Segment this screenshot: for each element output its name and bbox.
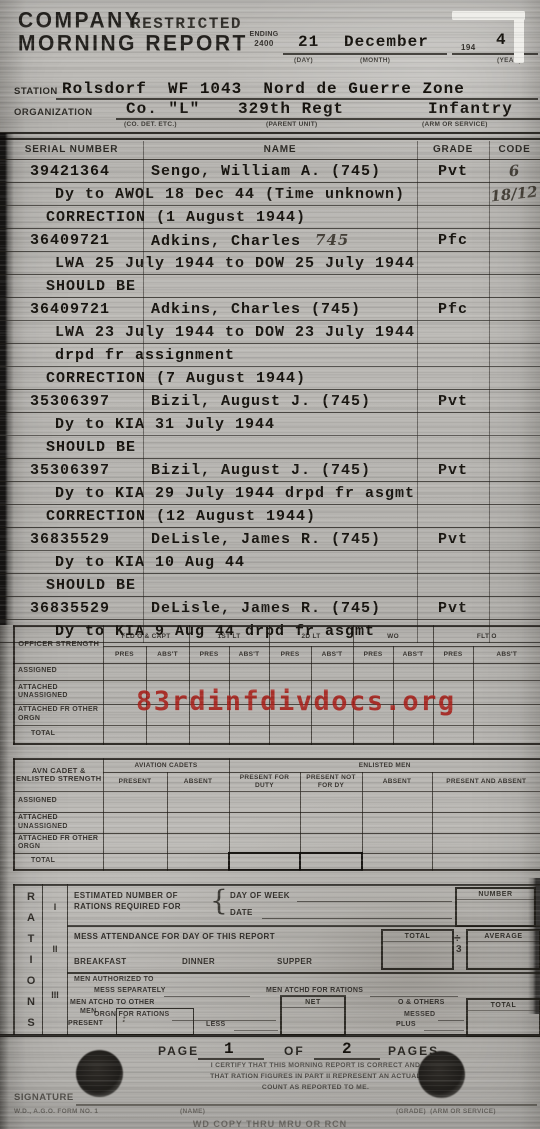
morning-report-scan: COMPANY RESTRICTED MORNING REPORT ENDING… xyxy=(0,0,540,1129)
should-be-label: SHOULD BE xyxy=(46,279,136,294)
pres-header: PRES xyxy=(103,646,146,663)
roster-detail-row: LWA 23 July 1944 to DOW 23 July 1944 xyxy=(0,321,540,344)
strength-cell xyxy=(362,853,432,870)
pres-header: PRES xyxy=(353,646,393,663)
estimated-rations-line1: ESTIMATED NUMBER OF xyxy=(74,891,178,901)
mos-handwritten: 745 xyxy=(315,231,349,249)
organization-label: ORGANIZATION xyxy=(14,107,93,118)
less-line xyxy=(234,1030,278,1031)
correction-label: CORRECTION (12 August 1944) xyxy=(46,509,316,524)
rations-letter: T xyxy=(22,933,40,945)
report-year-digit: 4 xyxy=(496,32,507,48)
routing-text: WD COPY THRU MRU OR RCN xyxy=(0,1119,540,1129)
group-aviation-cadets: AVIATION CADETS xyxy=(103,759,229,772)
roster-detail-row: LWA 25 July 1944 to DOW 25 July 1944 xyxy=(0,252,540,275)
roster-label-row: SHOULD BE xyxy=(0,436,540,459)
strength-cell xyxy=(433,725,473,744)
page-number: 1 xyxy=(224,1041,235,1057)
row-label-attached-fr-other-orgn: ATTACHED FR OTHER ORGN xyxy=(14,833,103,853)
signature-line xyxy=(76,1104,537,1106)
strength-cell xyxy=(229,791,300,812)
serial-number: 36835529 xyxy=(30,601,110,616)
strength-cell xyxy=(433,663,473,680)
mess-separately-label: MESS SEPARATELY xyxy=(94,987,166,995)
plus-line xyxy=(424,1030,464,1031)
strength-cell xyxy=(167,791,229,812)
soldier-name-typed: Adkins, Charles xyxy=(151,233,301,250)
men-authorized-label: MEN AUTHORIZED TO xyxy=(74,976,154,984)
restricted-stamp: RESTRICTED xyxy=(131,15,242,33)
grade-arm-sublabel: (GRADE) (ARM OR SERVICE) xyxy=(396,1108,496,1115)
strength-cell xyxy=(229,725,269,744)
date-underline xyxy=(283,53,447,55)
grade-header: GRADE xyxy=(417,144,489,156)
soldier-name: Bizil, August J. (745) xyxy=(151,463,371,478)
supper-label: SUPPER xyxy=(277,957,312,967)
strength-cell xyxy=(269,663,311,680)
serial-number-header: SERIAL NUMBER xyxy=(0,144,143,156)
header-divider-top xyxy=(0,132,540,134)
pres-header: PRES xyxy=(269,646,311,663)
soldier-name: Adkins, Charles (745) xyxy=(151,302,361,317)
of-label: OF xyxy=(284,1044,305,1058)
total-box-label: TOTAL xyxy=(383,931,452,942)
men-atchd-other-label: MEN ATCHD TO OTHER xyxy=(70,999,155,1007)
rations-letter: O xyxy=(22,975,40,987)
breakfast-label: BREAKFAST xyxy=(74,957,127,967)
strength-cell xyxy=(473,680,540,704)
officer-strength-corner-label: OFFICER STRENGTH xyxy=(14,626,103,663)
header-divider-bottom xyxy=(0,138,540,140)
strength-cell xyxy=(103,812,167,833)
row-label-total: TOTAL xyxy=(14,853,103,870)
name-sublabel: (NAME) xyxy=(180,1108,205,1115)
abst-header: ABS'T xyxy=(473,646,540,663)
roster-entry-row: 36409721Adkins, Charles745Pfc xyxy=(0,229,540,252)
entry-detail: Dy to KIA 29 July 1944 drpd fr asgmt xyxy=(55,486,415,501)
correction-label: CORRECTION (1 August 1944) xyxy=(46,210,306,225)
group-fld-o-capt: FLD O & CAPT xyxy=(103,626,189,646)
strength-cell xyxy=(393,663,433,680)
roster-detail-row: Dy to KIA 10 Aug 44 xyxy=(0,551,540,574)
roster-table: SERIAL NUMBER NAME GRADE CODE 39421364Se… xyxy=(0,141,540,643)
strength-cell xyxy=(432,853,540,870)
entry-detail: Dy to KIA 10 Aug 44 xyxy=(55,555,245,570)
org-unit-sublabel: (CO. DET. ETC.) xyxy=(124,121,177,128)
grade-value: Pfc xyxy=(417,233,489,248)
grade-value: Pvt xyxy=(417,164,489,179)
strength-cell xyxy=(103,791,167,812)
strength-cell xyxy=(311,725,353,744)
strength-cell xyxy=(432,833,540,853)
group-flt-o: FLT O xyxy=(433,626,540,646)
date-label: DATE xyxy=(230,908,253,918)
grade-value: Pvt xyxy=(417,463,489,478)
entry-detail: LWA 25 July 1944 to DOW 25 July 1944 xyxy=(55,256,415,271)
strength-cell xyxy=(362,812,432,833)
roster-entry-row: 36835529DeLisle, James R. (745)Pvt xyxy=(0,597,540,620)
strength-cell xyxy=(300,791,362,812)
strength-cell xyxy=(432,812,540,833)
strength-cell xyxy=(362,791,432,812)
strength-cell xyxy=(229,663,269,680)
abst-header: ABS'T xyxy=(393,646,433,663)
col-absent-enlisted: ABSENT xyxy=(362,772,432,791)
date-line xyxy=(262,918,452,919)
strength-cell xyxy=(362,833,432,853)
org-parent-sublabel: (PARENT UNIT) xyxy=(266,121,317,128)
roster-header-row: SERIAL NUMBER NAME GRADE CODE xyxy=(0,141,540,160)
strength-cell xyxy=(189,663,229,680)
roster-entry-row: 39421364Sengo, William A. (745)Pvt6 xyxy=(0,160,540,183)
strength-cell xyxy=(432,791,540,812)
serial-number: 36409721 xyxy=(30,302,110,317)
total-box-part2: TOTAL xyxy=(381,929,454,970)
soldier-name: DeLisle, James R. (745) xyxy=(151,532,381,547)
pres-header: PRES xyxy=(433,646,473,663)
strength-cell xyxy=(146,725,189,744)
strength-cell xyxy=(103,853,167,870)
men-atchd-for-rations-line xyxy=(370,996,458,997)
men-present-box xyxy=(116,1008,194,1035)
row-label-attached-unassigned: ATTACHED UNASSIGNED xyxy=(14,680,103,704)
row-label-attached-unassigned: ATTACHED UNASSIGNED xyxy=(14,812,103,833)
website-watermark: 83rdinfdivdocs.org xyxy=(136,686,456,717)
strength-cell xyxy=(103,725,146,744)
roster-label-row: CORRECTION (12 August 1944) xyxy=(0,505,540,528)
roster-detail-row: Dy to AWOL 18 Dec 44 (Time unknown)18/12 xyxy=(0,183,540,206)
form-title-line2: MORNING REPORT xyxy=(18,31,248,56)
officer-strength-table: OFFICER STRENGTH FLD O & CAPT 1ST LT 2D … xyxy=(13,625,540,745)
roster-entry-row: 36409721Adkins, Charles (745)Pfc xyxy=(0,298,540,321)
serial-number: 36409721 xyxy=(30,233,110,248)
average-box: AVERAGE xyxy=(466,929,540,970)
roster-label-row: CORRECTION (7 August 1944) xyxy=(0,367,540,390)
strength-cell xyxy=(393,725,433,744)
rations-bottom-border xyxy=(0,1034,540,1037)
strength-cell xyxy=(300,833,362,853)
part-3-numeral: III xyxy=(46,990,64,1000)
roster-label-row: SHOULD BE xyxy=(0,275,540,298)
part-2-numeral: II xyxy=(46,944,64,954)
serial-number: 36835529 xyxy=(30,532,110,547)
rations-letter: I xyxy=(22,954,40,966)
plus-label: PLUS xyxy=(396,1021,416,1029)
strength-cell-total-for-duty xyxy=(229,853,300,870)
rations-divider-numerals xyxy=(67,884,68,1035)
day-of-week-line xyxy=(297,901,452,902)
net-box: NET xyxy=(280,995,346,1036)
roster-detail-row: Dy to KIA 31 July 1944 xyxy=(0,413,540,436)
enlisted-strength-corner-label: AVN CADET & ENLISTED STRENGTH xyxy=(14,759,103,791)
serial-number: 39421364 xyxy=(30,164,110,179)
day-sublabel: (DAY) xyxy=(294,57,313,64)
pres-header: PRES xyxy=(189,646,229,663)
rations-top-border xyxy=(13,884,540,886)
strength-cell xyxy=(311,663,353,680)
strength-cell xyxy=(353,725,393,744)
entry-detail: Dy to AWOL 18 Dec 44 (Time unknown) xyxy=(55,187,405,202)
strength-cell xyxy=(300,812,362,833)
ending-label: ENDING xyxy=(244,31,284,39)
strength-cell xyxy=(146,663,189,680)
should-be-label: SHOULD BE xyxy=(46,578,136,593)
serial-number: 35306397 xyxy=(30,394,110,409)
rations-separator-2 xyxy=(67,972,540,974)
org-arm-sublabel: (ARM OR SERVICE) xyxy=(422,121,488,128)
rations-letter: R xyxy=(22,891,40,903)
punch-hole-right xyxy=(418,1051,465,1098)
strength-cell xyxy=(167,833,229,853)
report-day: 21 xyxy=(298,34,319,50)
grade-value: Pvt xyxy=(417,601,489,616)
row-label-assigned: ASSIGNED xyxy=(14,791,103,812)
soldier-name: Sengo, William A. (745) xyxy=(151,164,381,179)
grade-value: Pvt xyxy=(417,532,489,547)
mess-attendance-label: MESS ATTENDANCE FOR DAY OF THIS REPORT xyxy=(74,932,275,942)
strength-cell xyxy=(473,704,540,725)
number-box: NUMBER xyxy=(455,887,536,927)
strength-cell xyxy=(473,725,540,744)
roster-entry-row: 35306397Bizil, August J. (745)Pvt xyxy=(0,459,540,482)
entry-detail: drpd fr assignment xyxy=(55,348,235,363)
col-present-for-duty: PRESENT FOR DUTY xyxy=(229,772,300,791)
roster-detail-row: drpd fr assignment xyxy=(0,344,540,367)
rations-left-border xyxy=(13,884,15,1035)
strength-cell xyxy=(473,663,540,680)
part-1-numeral: I xyxy=(46,902,64,912)
less-label: LESS xyxy=(206,1021,225,1029)
organization-unit: Co. "L" xyxy=(126,101,200,117)
soldier-name: Adkins, Charles745 xyxy=(151,233,349,249)
day-of-week-label: DAY OF WEEK xyxy=(230,891,290,901)
report-ending-block: ENDING 2400 xyxy=(244,31,284,49)
strength-cell xyxy=(167,812,229,833)
total-box-part3: TOTAL xyxy=(466,998,540,1037)
dinner-label: DINNER xyxy=(182,957,215,967)
station-value: Rolsdorf WF 1043 Nord de Guerre Zone xyxy=(62,81,465,97)
crop-corner-mark-vertical xyxy=(514,11,524,63)
enlisted-strength-table: AVN CADET & ENLISTED STRENGTH AVIATION C… xyxy=(13,758,540,871)
strength-cell xyxy=(229,812,300,833)
strength-cell xyxy=(269,725,311,744)
strength-cell xyxy=(167,853,229,870)
ending-time: 2400 xyxy=(244,39,284,49)
average-box-label: AVERAGE xyxy=(468,931,539,942)
organization-parent-unit: 329th Regt xyxy=(238,101,344,117)
report-month: December xyxy=(344,34,429,50)
year-underline xyxy=(452,53,538,55)
year-prefix: 194 xyxy=(461,43,476,53)
strength-cell xyxy=(229,833,300,853)
serial-number: 35306397 xyxy=(30,463,110,478)
strength-cell xyxy=(189,725,229,744)
group-1st-lt: 1ST LT xyxy=(189,626,269,646)
station-label: STATION xyxy=(14,86,58,97)
row-label-attached-fr-other-orgn: ATTACHED FR OTHER ORGN xyxy=(14,704,103,725)
soldier-name: DeLisle, James R. (745) xyxy=(151,601,381,616)
abst-header: ABS'T xyxy=(229,646,269,663)
total-box-label: TOTAL xyxy=(468,1000,539,1011)
strength-cell xyxy=(353,663,393,680)
abst-header: ABS'T xyxy=(146,646,189,663)
scan-left-edge-shadow-lower xyxy=(0,625,9,1129)
entry-detail: LWA 23 July 1944 to DOW 23 July 1944 xyxy=(55,325,415,340)
form-id: W.D., A.G.O. FORM NO. 1 xyxy=(14,1108,98,1115)
name-header: NAME xyxy=(143,144,417,156)
messed-label: MESSED xyxy=(404,1011,435,1019)
strength-cell xyxy=(103,663,146,680)
strength-cell-total-not-for-dy xyxy=(300,853,362,870)
group-enlisted-men: ENLISTED MEN xyxy=(229,759,540,772)
rations-letter: N xyxy=(22,996,40,1008)
roster-entry-row: 36835529DeLisle, James R. (745)Pvt xyxy=(0,528,540,551)
messed-line xyxy=(438,1020,464,1021)
strength-cell xyxy=(103,833,167,853)
estimated-rations-line2: RATIONS REQUIRED FOR xyxy=(74,902,181,912)
grade-value: Pfc xyxy=(417,302,489,317)
number-box-label: NUMBER xyxy=(457,889,534,900)
o-and-others-label: O & OTHERS xyxy=(398,999,445,1007)
rations-letter: A xyxy=(22,912,40,924)
men-label: MEN xyxy=(80,1008,96,1016)
col-absent: ABSENT xyxy=(167,772,229,791)
row-label-assigned: ASSIGNED xyxy=(14,663,103,680)
roster-detail-row: Dy to KIA 29 July 1944 drpd fr asgmt xyxy=(0,482,540,505)
signature-label: SIGNATURE xyxy=(14,1092,74,1103)
brace: { xyxy=(210,884,228,917)
correction-label: CORRECTION (7 August 1944) xyxy=(46,371,306,386)
col-present-and-absent: PRESENT AND ABSENT xyxy=(432,772,540,791)
group-2d-lt: 2D LT xyxy=(269,626,353,646)
month-sublabel: (MONTH) xyxy=(360,57,390,64)
soldier-name: Bizil, August J. (745) xyxy=(151,394,371,409)
divide-sign: ÷ xyxy=(454,931,461,945)
present-label: PRESENT xyxy=(68,1020,103,1028)
punch-hole-left xyxy=(76,1050,123,1097)
col-present: PRESENT xyxy=(103,772,167,791)
grade-value: Pvt xyxy=(417,394,489,409)
abst-header: ABS'T xyxy=(311,646,353,663)
organization-arm: Infantry xyxy=(428,101,513,117)
rations-letter: S xyxy=(22,1017,40,1029)
roster-entry-row: 35306397Bizil, August J. (745)Pvt xyxy=(0,390,540,413)
divisor-three: 3 xyxy=(456,944,462,955)
form-title-line1: COMPANY xyxy=(18,8,141,33)
row-label-total: TOTAL xyxy=(14,725,103,744)
code-handwritten: 6 xyxy=(488,159,540,182)
rations-section: R A T I O N S I II III ESTIMATED NUMBER … xyxy=(0,884,540,1038)
roster-label-row: CORRECTION (1 August 1944) xyxy=(0,206,540,229)
organization-underline xyxy=(116,118,540,120)
page-label: PAGE xyxy=(158,1044,199,1058)
col-present-not-for-dy: PRESENT NOT FOR DY xyxy=(300,772,362,791)
rations-divider-letters xyxy=(42,884,43,1035)
should-be-label: SHOULD BE xyxy=(46,440,136,455)
net-box-label: NET xyxy=(282,997,344,1008)
men-present-mark-handwritten: : xyxy=(122,1012,126,1025)
code-header: CODE xyxy=(489,144,540,156)
entry-detail: Dy to KIA 31 July 1944 xyxy=(55,417,275,432)
roster-label-row: SHOULD BE xyxy=(0,574,540,597)
mess-separately-line xyxy=(164,996,250,997)
code-handwritten: 18/12 xyxy=(488,182,540,205)
group-wo: WO xyxy=(353,626,433,646)
